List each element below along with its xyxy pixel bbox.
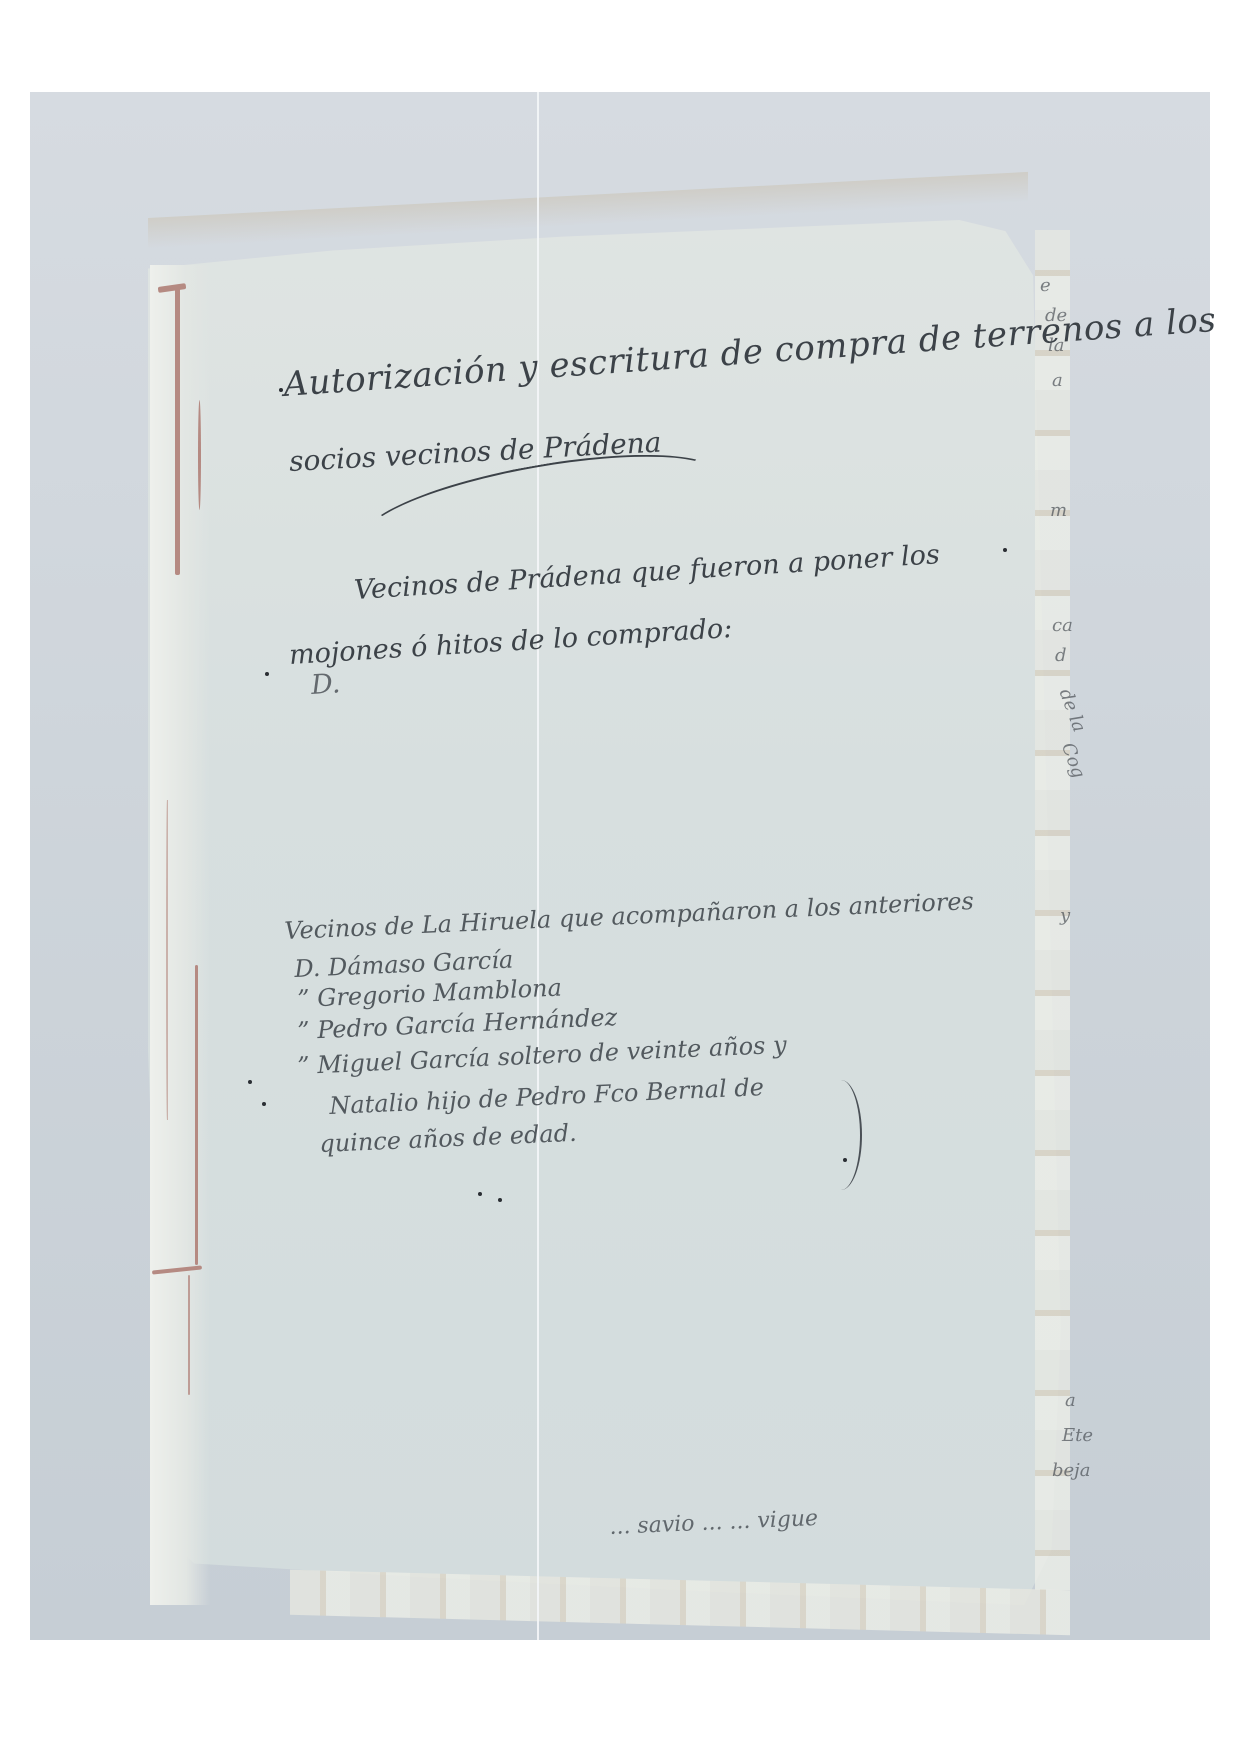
scanner-seam-line xyxy=(537,92,539,1640)
ink-speck xyxy=(265,672,269,676)
right-margin-fragment: la xyxy=(1048,335,1065,356)
entry-bracket xyxy=(820,1080,862,1190)
right-margin-fragment: a xyxy=(1065,1390,1076,1411)
right-margin-fragment: beja xyxy=(1052,1460,1091,1481)
binding-thread-lower xyxy=(195,965,198,1265)
ink-speck xyxy=(248,1080,252,1084)
right-margin-fragment: Ete xyxy=(1062,1425,1093,1446)
binding-thread-tail xyxy=(188,1275,190,1395)
binding-spine xyxy=(150,265,210,1605)
right-margin-fragment: a xyxy=(1052,370,1063,391)
right-margin-fragment: d xyxy=(1055,645,1067,666)
right-margin-fragment: y xyxy=(1060,905,1070,926)
binding-thread-top xyxy=(175,285,180,575)
right-margin-fragment: e xyxy=(1040,275,1051,296)
ink-speck xyxy=(478,1192,482,1196)
ink-speck xyxy=(262,1102,266,1106)
right-margin-fragment: ca xyxy=(1052,615,1073,636)
ink-speck xyxy=(1003,548,1007,552)
ink-speck xyxy=(498,1198,502,1202)
section1-list-start: D. xyxy=(310,668,341,701)
ink-speck xyxy=(279,388,283,392)
right-margin-fragment: de xyxy=(1045,305,1067,326)
ink-speck xyxy=(843,1158,847,1162)
right-margin-fragment: m xyxy=(1050,500,1067,521)
binding-thread-loop xyxy=(198,400,201,510)
binding-thread-mid xyxy=(166,800,168,1120)
